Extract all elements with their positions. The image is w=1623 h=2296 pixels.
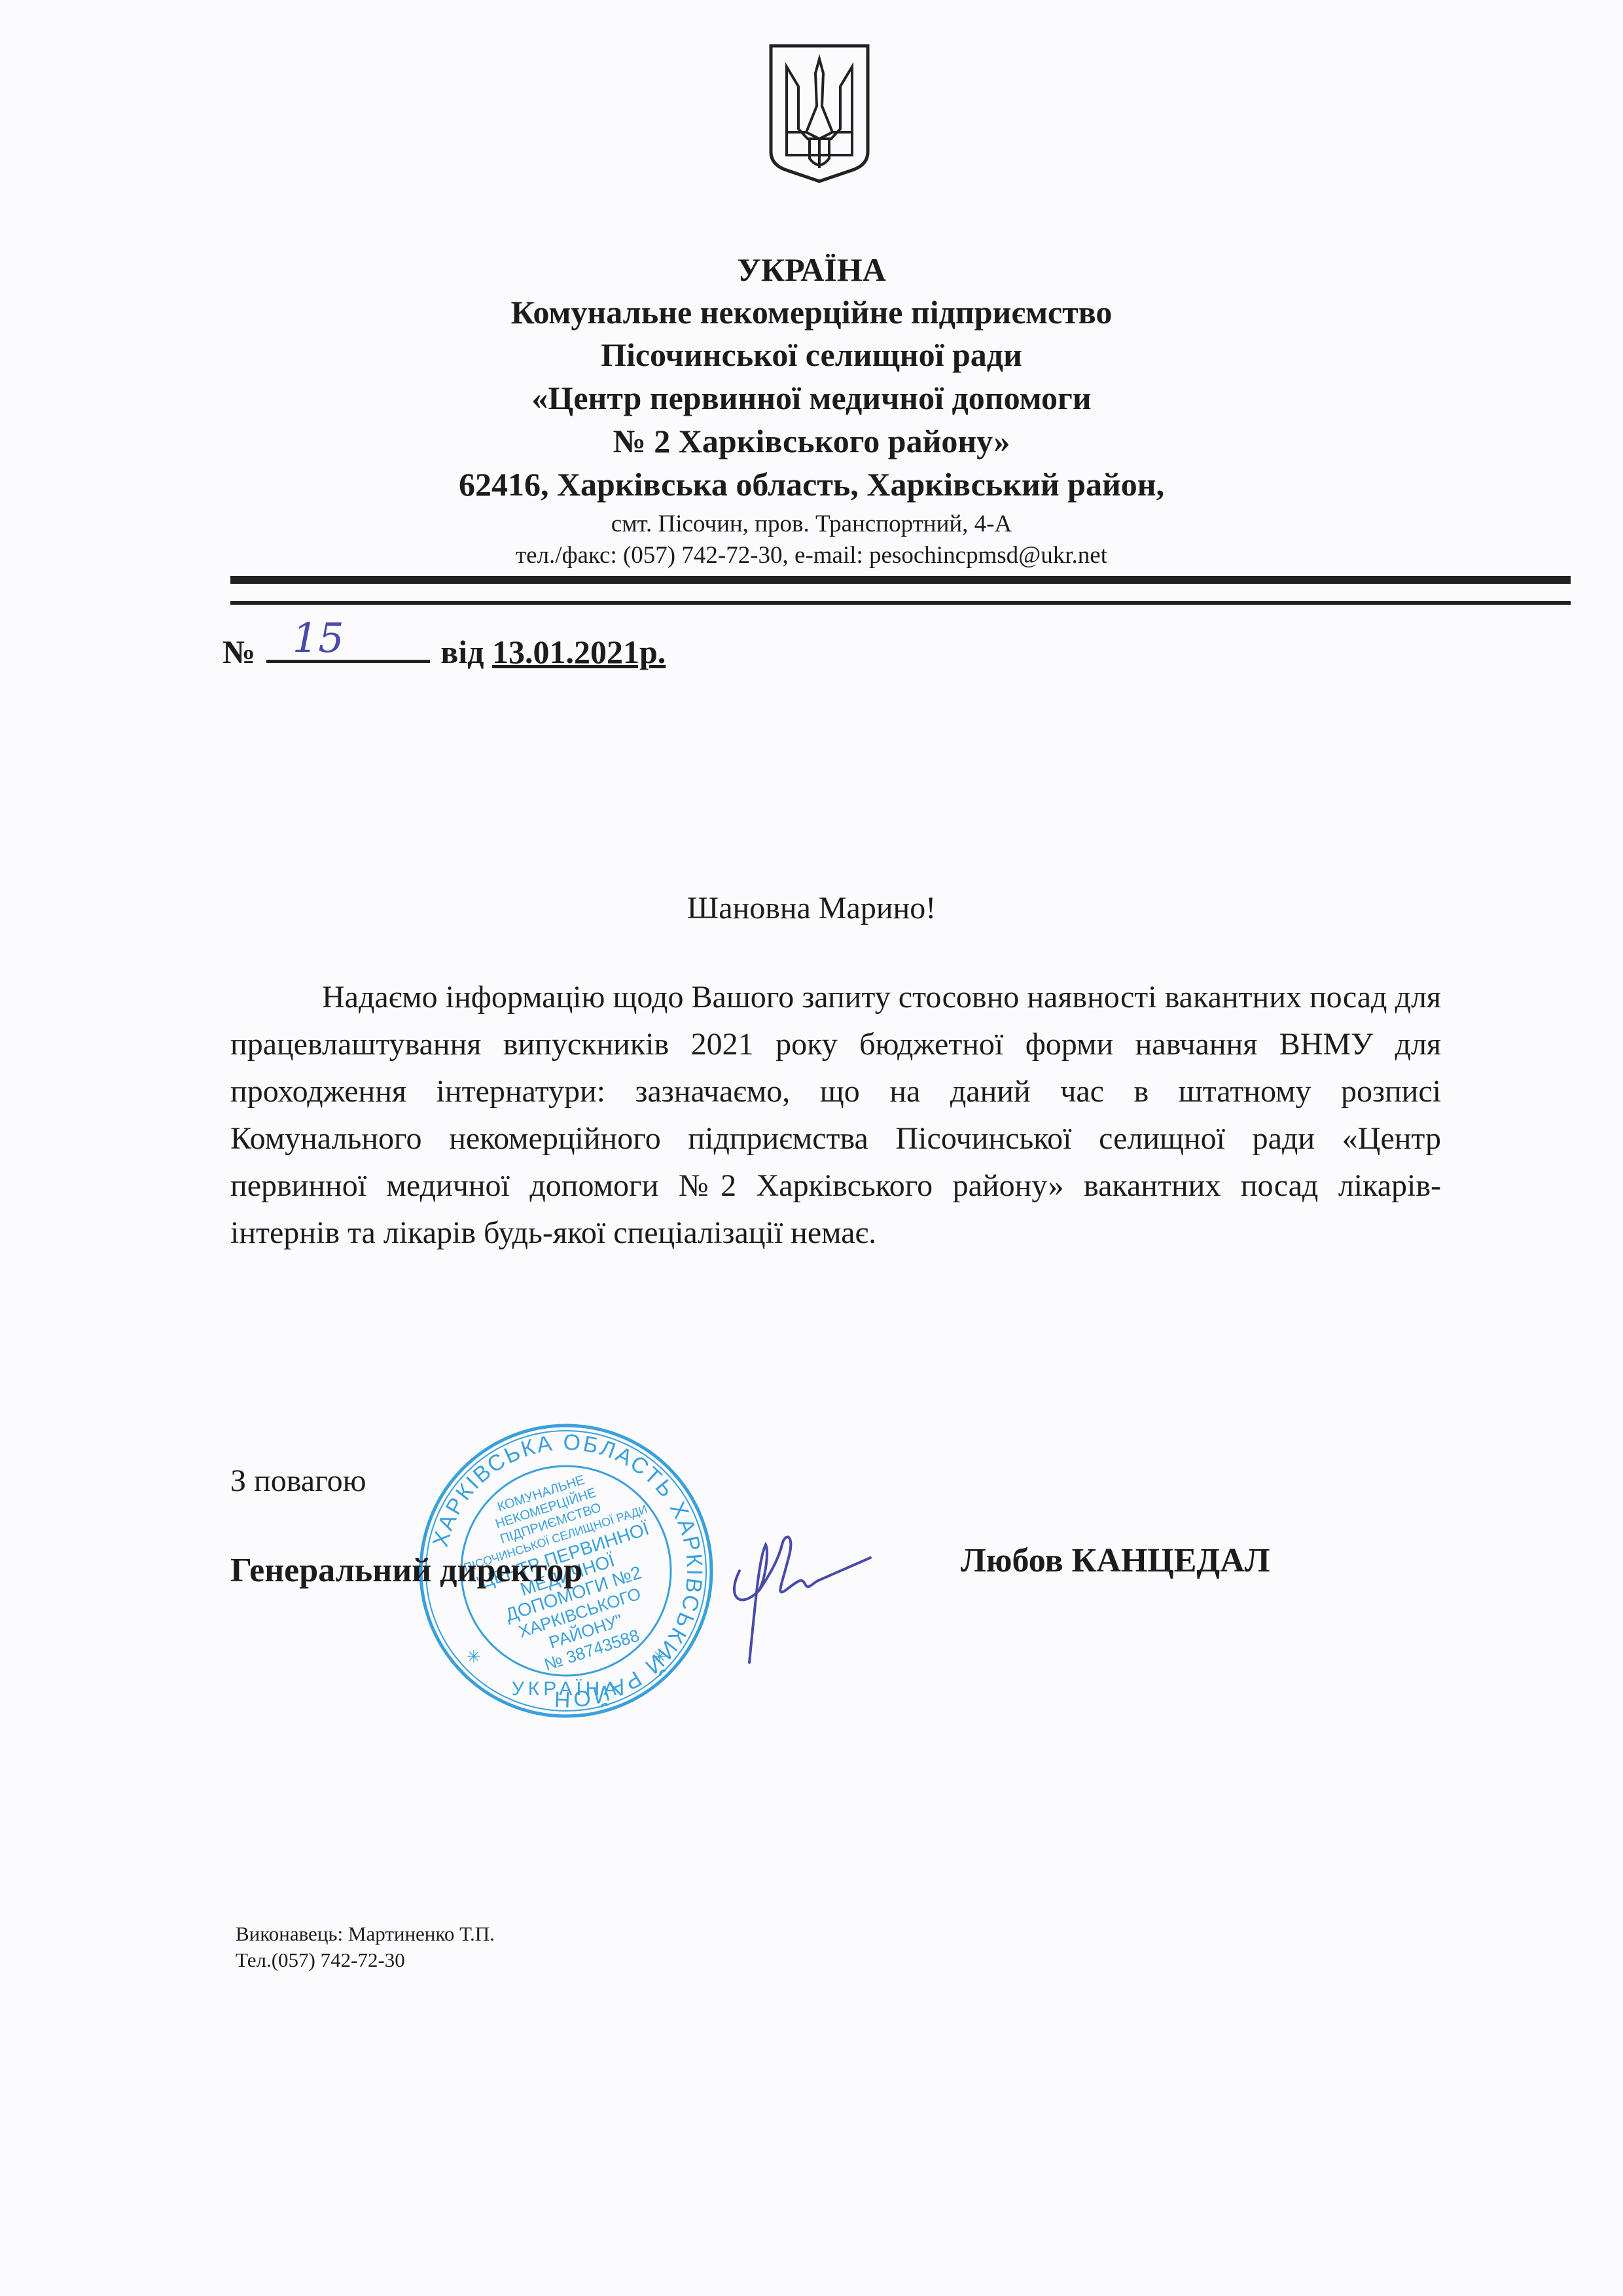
- number-prefix: №: [223, 634, 255, 670]
- executor-phone: Тел.(057) 742-72-30: [236, 1947, 495, 1973]
- address-line1: 62416, Харківська область, Харківський р…: [0, 465, 1623, 504]
- closing: З повагою: [230, 1463, 366, 1499]
- org-name-line2: Пісочинської селищної ради: [0, 335, 1623, 374]
- date-prefix: від: [440, 634, 484, 670]
- registration-line: № 15 від 13.01.2021р.: [223, 628, 666, 671]
- country-title: УКРАЇНА: [0, 250, 1623, 289]
- stamp-bottom-text: УКРАЇНА: [512, 1678, 621, 1700]
- handwritten-signature: [720, 1518, 890, 1669]
- stamp-star-icon: ✳: [652, 1647, 667, 1666]
- org-name-line1: Комунальне некомерційне підприємство: [0, 293, 1623, 332]
- header-divider-thick: [230, 576, 1571, 584]
- org-name-line3: «Центр первинної медичної допомоги: [0, 378, 1623, 418]
- executor-name: Виконавець: Мартиненко Т.П.: [236, 1921, 495, 1947]
- contacts-line: тел./факс: (057) 742-72-30, e-mail: peso…: [0, 541, 1623, 571]
- executor-block: Виконавець: Мартиненко Т.П. Тел.(057) 74…: [236, 1921, 495, 1973]
- address-line2: смт. Пісочин, пров. Транспортний, 4-А: [0, 509, 1623, 539]
- letter-body: Надаємо інформацію щодо Вашого запиту ст…: [230, 974, 1441, 1257]
- stamp-star-icon: ✳: [467, 1647, 481, 1666]
- coat-of-arms-icon: [767, 41, 872, 185]
- signer-name: Любов КАНЦЕДАЛ: [961, 1541, 1270, 1580]
- org-name-line4: № 2 Харківського району»: [0, 422, 1623, 461]
- salutation: Шановна Марино!: [0, 890, 1623, 926]
- header-divider-thin: [230, 601, 1571, 605]
- signer-position: Генеральний директор: [230, 1551, 582, 1590]
- registration-number-field: 15: [266, 628, 430, 663]
- handwritten-number: 15: [293, 614, 344, 662]
- registration-date: 13.01.2021р.: [492, 634, 666, 670]
